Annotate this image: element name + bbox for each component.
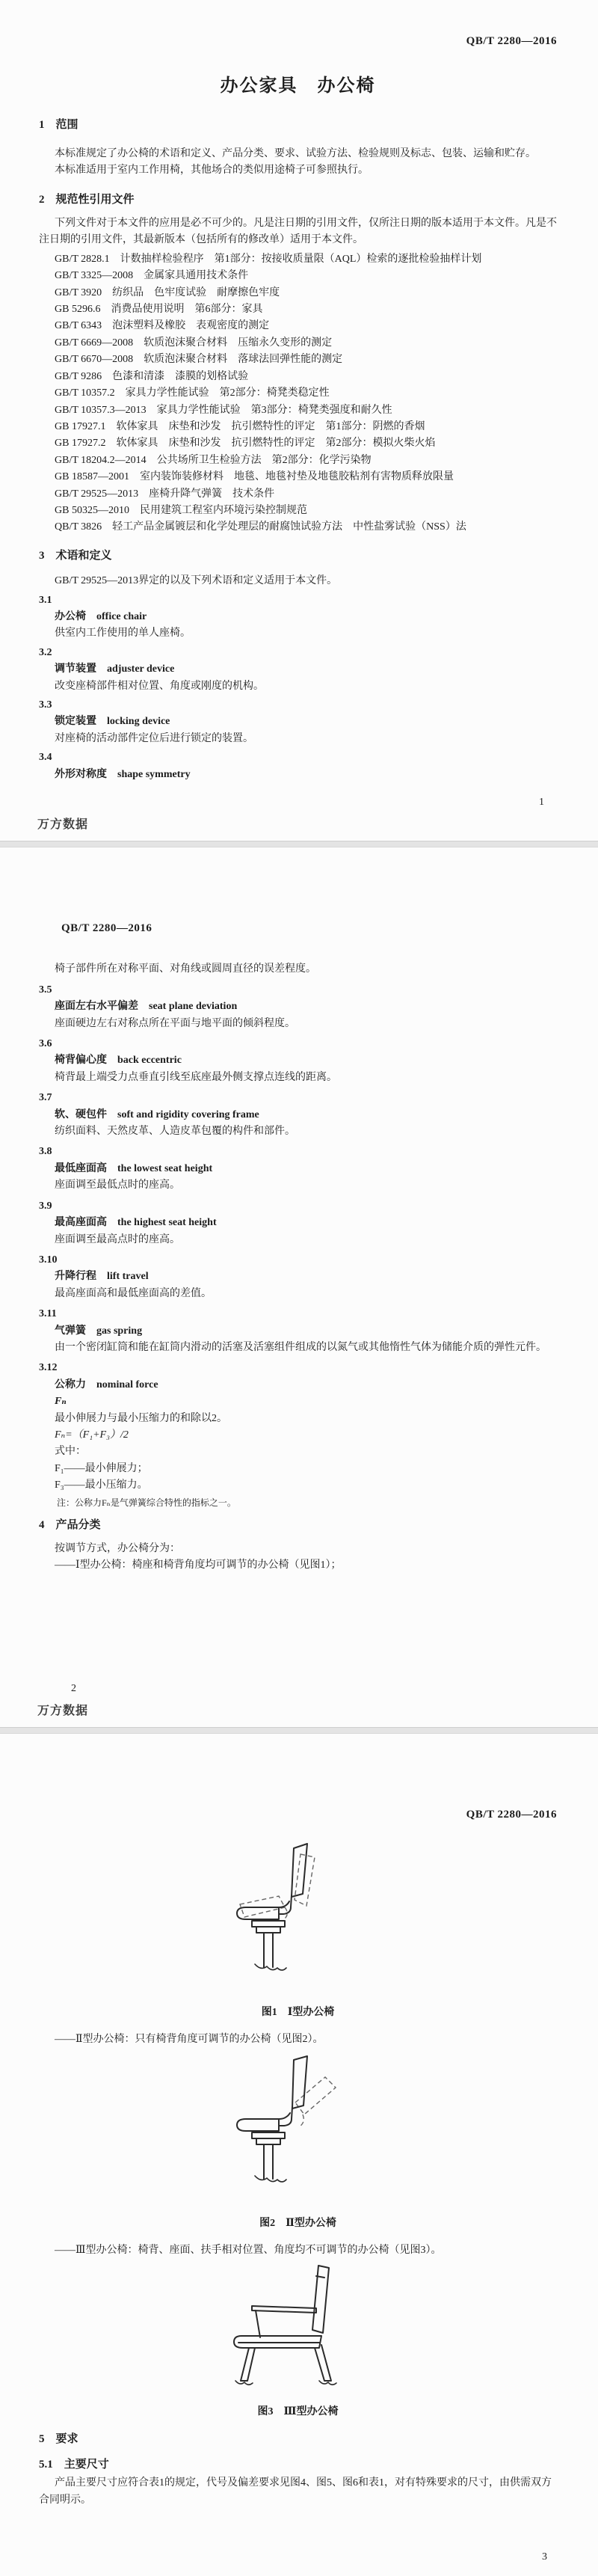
term-block-3-4: 3.4 外形对称度 shape symmetry <box>39 749 557 783</box>
term-block-3-11: 3.11 气弹簧 gas spring 由一个密闭缸筒和能在缸筒内滑动的活塞及活… <box>39 1306 557 1356</box>
reference-item: GB/T 9286 色漆和清漆 漆膜的划格试验 <box>39 369 557 385</box>
term-number: 3.5 <box>39 982 557 999</box>
figure-2 <box>39 2053 557 2209</box>
term-number: 3.6 <box>39 1036 557 1052</box>
section-5-1-heading: 5.1 主要尺寸 <box>39 2456 557 2473</box>
formula-where-label: 式中： <box>39 1444 557 1460</box>
doc-title: 办公家具 办公椅 <box>39 73 557 99</box>
term-number: 3.3 <box>39 697 557 714</box>
type1-office-chair-drawing <box>231 1841 366 1991</box>
section-5-heading: 5 要求 <box>39 2431 557 2447</box>
reference-item: GB 5296.6 消费品使用说明 第6部分：家具 <box>39 301 557 318</box>
term-name: 软、硬包件 soft and rigidity covering frame <box>39 1107 557 1123</box>
term-name: 调节装置 adjuster device <box>39 661 557 678</box>
reference-item: GB/T 3325—2008 金属家具通用技术条件 <box>39 268 557 284</box>
term-definition: 最高座面高和最低座面高的差值。 <box>39 1286 557 1302</box>
page-number: 1 <box>539 794 544 811</box>
term-name: 锁定装置 locking device <box>39 714 557 730</box>
term-name: 最低座面高 the lowest seat height <box>39 1161 557 1177</box>
term-name: 办公椅 office chair <box>39 609 557 625</box>
term-number: 3.10 <box>39 1252 557 1269</box>
term-name: 升降行程 lift travel <box>39 1269 557 1285</box>
reference-item: GB/T 29525—2013 座椅升降气弹簧 技术条件 <box>39 486 557 503</box>
reference-item: GB 50325—2010 民用建筑工程室内环境污染控制规范 <box>39 503 557 519</box>
reference-item: GB/T 6670—2008 软质泡沫聚合材料 落球法回弹性能的测定 <box>39 352 557 368</box>
term-block-3-9: 3.9 最高座面高 the highest seat height 座面调至最高… <box>39 1198 557 1248</box>
scope-paragraph-1: 本标准规定了办公椅的术语和定义、产品分类、要求、试验方法、检验规则及标志、包装、… <box>39 146 557 162</box>
reference-item: GB 17927.2 软体家具 床垫和沙发 抗引燃特性的评定 第2部分：模拟火柴… <box>39 435 557 452</box>
reference-item: GB/T 2828.1 计数抽样检验程序 第1部分：按接收质量限（AQL）检索的… <box>39 251 557 268</box>
page-3: QB/T 2280—2016 图1 Ⅰ型办公椅 ——Ⅱ型办公椅：只有椅背角 <box>0 1734 598 2576</box>
term-definition: 纺织面料、天然皮革、人造皮革包覆的构件和部件。 <box>39 1123 557 1140</box>
term-definition: 椅背最上端受力点垂直引线至底座最外侧支撑点连线的距离。 <box>39 1070 557 1086</box>
term-block-3-5: 3.5 座面左右水平偏差 seat plane deviation 座面硬边左右… <box>39 982 557 1032</box>
terms-intro: GB/T 29525—2013界定的以及下列术语和定义适用于本文件。 <box>39 573 557 589</box>
term-definition: 座面调至最低点时的座高。 <box>39 1177 557 1194</box>
figure-3 <box>39 2263 557 2397</box>
nominal-force-formula: Fₙ=（F₁+F₃）/2 <box>39 1427 557 1444</box>
term-name: 公称力 nominal force <box>39 1377 557 1393</box>
section-3-heading: 3 术语和定义 <box>39 548 557 564</box>
reference-item: GB/T 10357.3—2013 家具力学性能试验 第3部分：椅凳类强度和耐久… <box>39 402 557 419</box>
term-definition: 座面调至最高点时的座高。 <box>39 1232 557 1248</box>
figure-1-caption: 图1 Ⅰ型办公椅 <box>39 2005 557 2021</box>
reference-item: GB/T 6343 泡沫塑料及橡胶 表观密度的测定 <box>39 318 557 334</box>
term-definition: 座面硬边左右对称点所在平面与地平面的倾斜程度。 <box>39 1016 557 1032</box>
term-name: 外形对称度 shape symmetry <box>39 767 557 783</box>
reference-item: GB 18587—2001 室内装饰装修材料 地毯、地毯衬垫及地毯胶粘剂有害物质… <box>39 469 557 485</box>
formula-f1-definition: F₁——最小伸展力； <box>39 1461 557 1477</box>
type2-office-chair-drawing <box>231 2053 366 2203</box>
term-definition: 由一个密闭缸筒和能在缸筒内滑动的活塞及活塞组件组成的以氮气或其他惰性气体为储能介… <box>39 1340 557 1356</box>
term-definition: 供室内工作使用的单人座椅。 <box>39 625 557 642</box>
classification-item-type2: ——Ⅱ型办公椅：只有椅背角度可调节的办公椅（见图2）。 <box>39 2031 557 2048</box>
reference-item: GB 17927.1 软体家具 床垫和沙发 抗引燃特性的评定 第1部分：阴燃的香… <box>39 419 557 435</box>
term-block-3-12: 3.12 公称力 nominal force Fₙ 最小伸展力与最小压缩力的和除… <box>39 1360 557 1509</box>
term-number: 3.2 <box>39 645 557 661</box>
normative-intro: 下列文件对于本文件的应用是必不可少的。凡是注日期的引用文件，仅所注日期的版本适用… <box>39 215 557 249</box>
term-definition-continued: 椅子部件所在对称平面、对角线或圆周直径的误差程度。 <box>39 961 557 978</box>
page-number: 2 <box>71 1681 76 1697</box>
term-block-3-6: 3.6 椅背偏心度 back eccentric 椅背最上端受力点垂直引线至底座… <box>39 1036 557 1086</box>
term-number: 3.4 <box>39 749 557 766</box>
term-block-3-2: 3.2 调节装置 adjuster device 改变座椅部件相对位置、角度或刚… <box>39 645 557 695</box>
reference-item: GB/T 3920 纺织品 色牢度试验 耐摩擦色牢度 <box>39 285 557 301</box>
type3-office-chair-drawing <box>231 2263 366 2391</box>
doc-code-header: QB/T 2280—2016 <box>61 920 557 936</box>
term-definition: 对座椅的活动部件定位后进行锁定的装置。 <box>39 731 557 747</box>
reference-item: GB/T 6669—2008 软质泡沫聚合材料 压缩永久变形的测定 <box>39 335 557 352</box>
term-block-3-10: 3.10 升降行程 lift travel 最高座面高和最低座面高的差值。 <box>39 1252 557 1302</box>
term-block-3-1: 3.1 办公椅 office chair 供室内工作使用的单人座椅。 <box>39 592 557 643</box>
term-name: 座面左右水平偏差 seat plane deviation <box>39 999 557 1015</box>
watermark-wanfang: 万方数据 <box>37 817 88 833</box>
nominal-force-symbol: Fₙ <box>39 1393 557 1410</box>
section-4-heading: 4 产品分类 <box>39 1517 557 1533</box>
figure-2-caption: 图2 Ⅱ型办公椅 <box>39 2215 557 2232</box>
page-number: 3 <box>542 2549 547 2566</box>
reference-item: GB/T 18204.2—2014 公共场所卫生检验方法 第2部分：化学污染物 <box>39 453 557 469</box>
formula-f3-definition: F₃——最小压缩力。 <box>39 1477 557 1494</box>
term-number: 3.11 <box>39 1306 557 1322</box>
term-name: 气弹簧 gas spring <box>39 1323 557 1340</box>
nominal-force-note: 注：公称力Fₙ是气弹簧综合特性的指标之一。 <box>57 1496 557 1509</box>
term-definition: 改变座椅部件相对位置、角度或刚度的机构。 <box>39 678 557 695</box>
section-1-heading: 1 范围 <box>39 117 557 133</box>
doc-code-header: QB/T 2280—2016 <box>39 1806 557 1823</box>
term-number: 3.8 <box>39 1144 557 1160</box>
term-name: 椅背偏心度 back eccentric <box>39 1052 557 1069</box>
reference-item: GB/T 10357.2 家具力学性能试验 第2部分：椅凳类稳定性 <box>39 385 557 402</box>
main-dimensions-paragraph: 产品主要尺寸应符合表1的规定，代号及偏差要求见图4、图5、图6和表1，对有特殊要… <box>39 2475 557 2509</box>
term-number: 3.9 <box>39 1198 557 1215</box>
reference-list: GB/T 2828.1 计数抽样检验程序 第1部分：按接收质量限（AQL）检索的… <box>39 251 557 536</box>
page-2: QB/T 2280—2016 椅子部件所在对称平面、对角线或圆周直径的误差程度。… <box>0 847 598 1727</box>
classification-item-type3: ——Ⅲ型办公椅：椅背、座面、扶手相对位置、角度均不可调节的办公椅（见图3）。 <box>39 2242 557 2259</box>
figure-3-caption: 图3 Ⅲ型办公椅 <box>39 2404 557 2420</box>
term-block-3-3: 3.3 锁定装置 locking device 对座椅的活动部件定位后进行锁定的… <box>39 697 557 747</box>
reference-item: QB/T 3826 轻工产品金属镀层和化学处理层的耐腐蚀试验方法 中性盐雾试验（… <box>39 519 557 536</box>
section-2-heading: 2 规范性引用文件 <box>39 191 557 208</box>
doc-code-header: QB/T 2280—2016 <box>39 33 557 49</box>
term-name: 最高座面高 the highest seat height <box>39 1215 557 1231</box>
classification-intro: 按调节方式，办公椅分为： <box>39 1541 557 1557</box>
figure-1 <box>39 1841 557 1997</box>
watermark-wanfang: 万方数据 <box>37 1703 88 1720</box>
page-separator <box>0 841 598 847</box>
term-block-3-8: 3.8 最低座面高 the lowest seat height 座面调至最低点… <box>39 1144 557 1194</box>
term-definition: 最小伸展力与最小压缩力的和除以2。 <box>39 1411 557 1427</box>
classification-item-type1: ——Ⅰ型办公椅：椅座和椅背角度均可调节的办公椅（见图1）； <box>39 1557 557 1574</box>
term-number: 3.7 <box>39 1090 557 1106</box>
scope-paragraph-2: 本标准适用于室内工作用椅，其他场合的类似用途椅子可参照执行。 <box>39 162 557 179</box>
page-separator <box>0 1727 598 1734</box>
page-1: QB/T 2280—2016 办公家具 办公椅 1 范围 本标准规定了办公椅的术… <box>0 0 598 841</box>
term-number: 3.1 <box>39 592 557 609</box>
term-number: 3.12 <box>39 1360 557 1376</box>
term-block-3-7: 3.7 软、硬包件 soft and rigidity covering fra… <box>39 1090 557 1140</box>
